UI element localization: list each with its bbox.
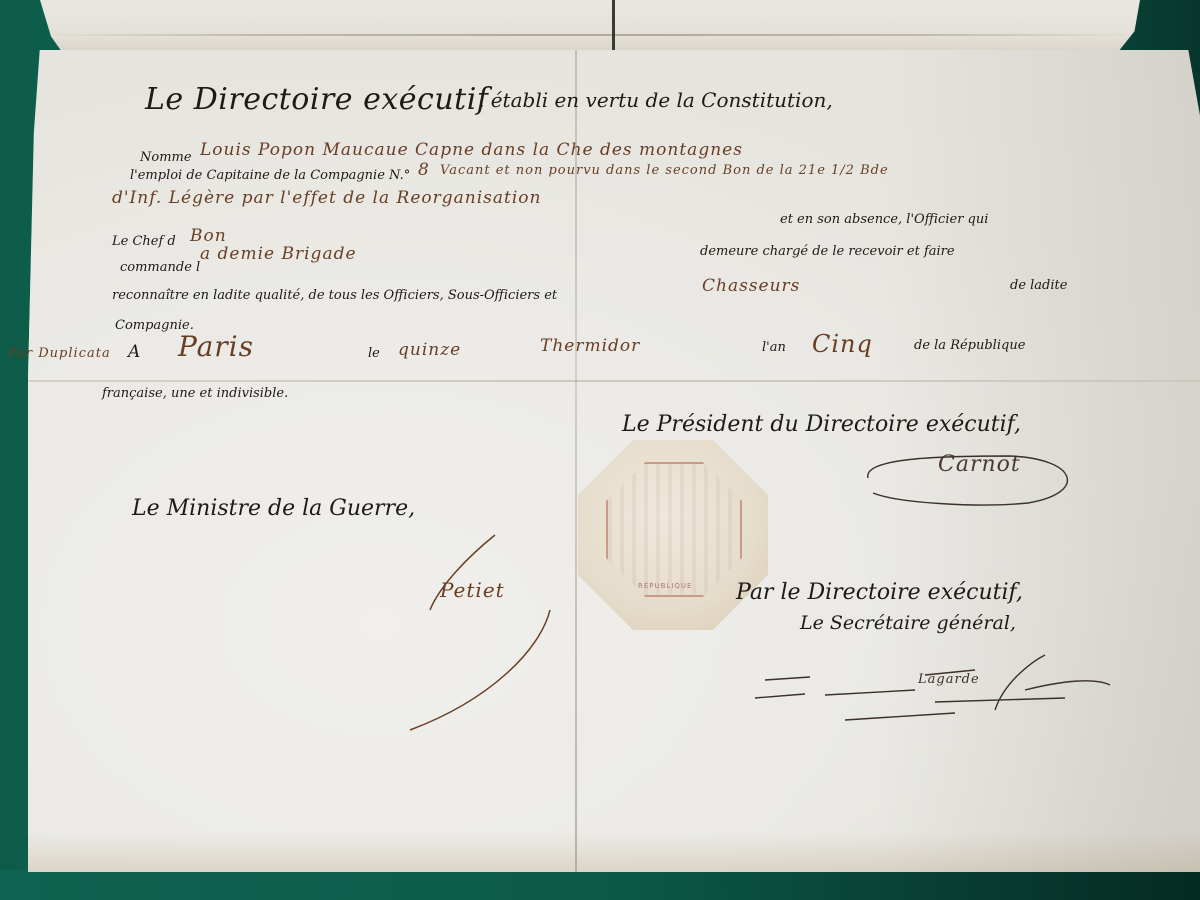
rank-bon: Bon — [190, 226, 227, 246]
unit-detail: d'Inf. Légère par l'effet de la Reorgani… — [112, 188, 541, 208]
text-de-ladite: de ladite — [1010, 278, 1067, 293]
appointee-name: Louis Popon Maucaue Capne dans la Che de… — [200, 140, 743, 160]
place-paris: Paris — [178, 330, 254, 363]
text-francaise: française, une et indivisible. — [102, 386, 288, 401]
text-lan: l'an — [762, 340, 786, 355]
troops-chasseurs: Chasseurs — [702, 276, 800, 296]
document-title-rest: , établi en vertu de la Constitution, — [478, 88, 833, 112]
text-a: A — [128, 342, 140, 362]
text-le: le — [368, 346, 380, 361]
seal-inner-border — [606, 462, 742, 597]
label-chef: Le Chef d — [112, 234, 176, 249]
horizontal-fold — [28, 380, 1200, 382]
minister-label: Le Ministre de la Guerre, — [132, 496, 415, 521]
label-emploi: l'emploi de Capitaine de la Compagnie N.… — [130, 168, 410, 183]
date-day: quinze — [398, 340, 461, 360]
text-absence: et en son absence, l'Officier qui — [780, 212, 988, 227]
paper-stain — [28, 832, 1200, 872]
secretary-label-line1: Par le Directoire exécutif, — [736, 580, 1023, 605]
text-charge: demeure chargé de le recevoir et faire — [700, 244, 955, 259]
date-month: Thermidor — [540, 336, 640, 356]
position-detail: Vacant et non pourvu dans le second Bon … — [440, 163, 889, 178]
label-commande: commande l — [120, 260, 200, 275]
secretary-signature-strokes — [735, 650, 1115, 730]
text-republique: de la République — [914, 338, 1025, 353]
company-number: 8 — [418, 160, 430, 180]
minister-signature-flourish — [400, 530, 560, 740]
document-title: Le Directoire exécutif — [145, 82, 488, 117]
secretary-label-line2: Le Secrétaire général, — [800, 612, 1016, 634]
label-nomme: Nomme — [140, 150, 192, 165]
president-signature-flourish — [858, 448, 1088, 510]
center-mark — [612, 0, 615, 52]
seal-inscription: RÉPUBLIQUE — [638, 582, 692, 590]
fold-line — [40, 34, 1140, 36]
table-surface — [0, 870, 1200, 900]
president-label: Le Président du Directoire exécutif, — [622, 412, 1021, 437]
brigade: a demie Brigade — [200, 244, 357, 264]
previous-page-strip — [40, 0, 1140, 52]
date-year: Cinq — [812, 330, 873, 358]
duplicata-note: Par Duplicata — [8, 346, 111, 361]
text-reconnaitre: reconnaître en ladite qualité, de tous l… — [112, 288, 557, 303]
